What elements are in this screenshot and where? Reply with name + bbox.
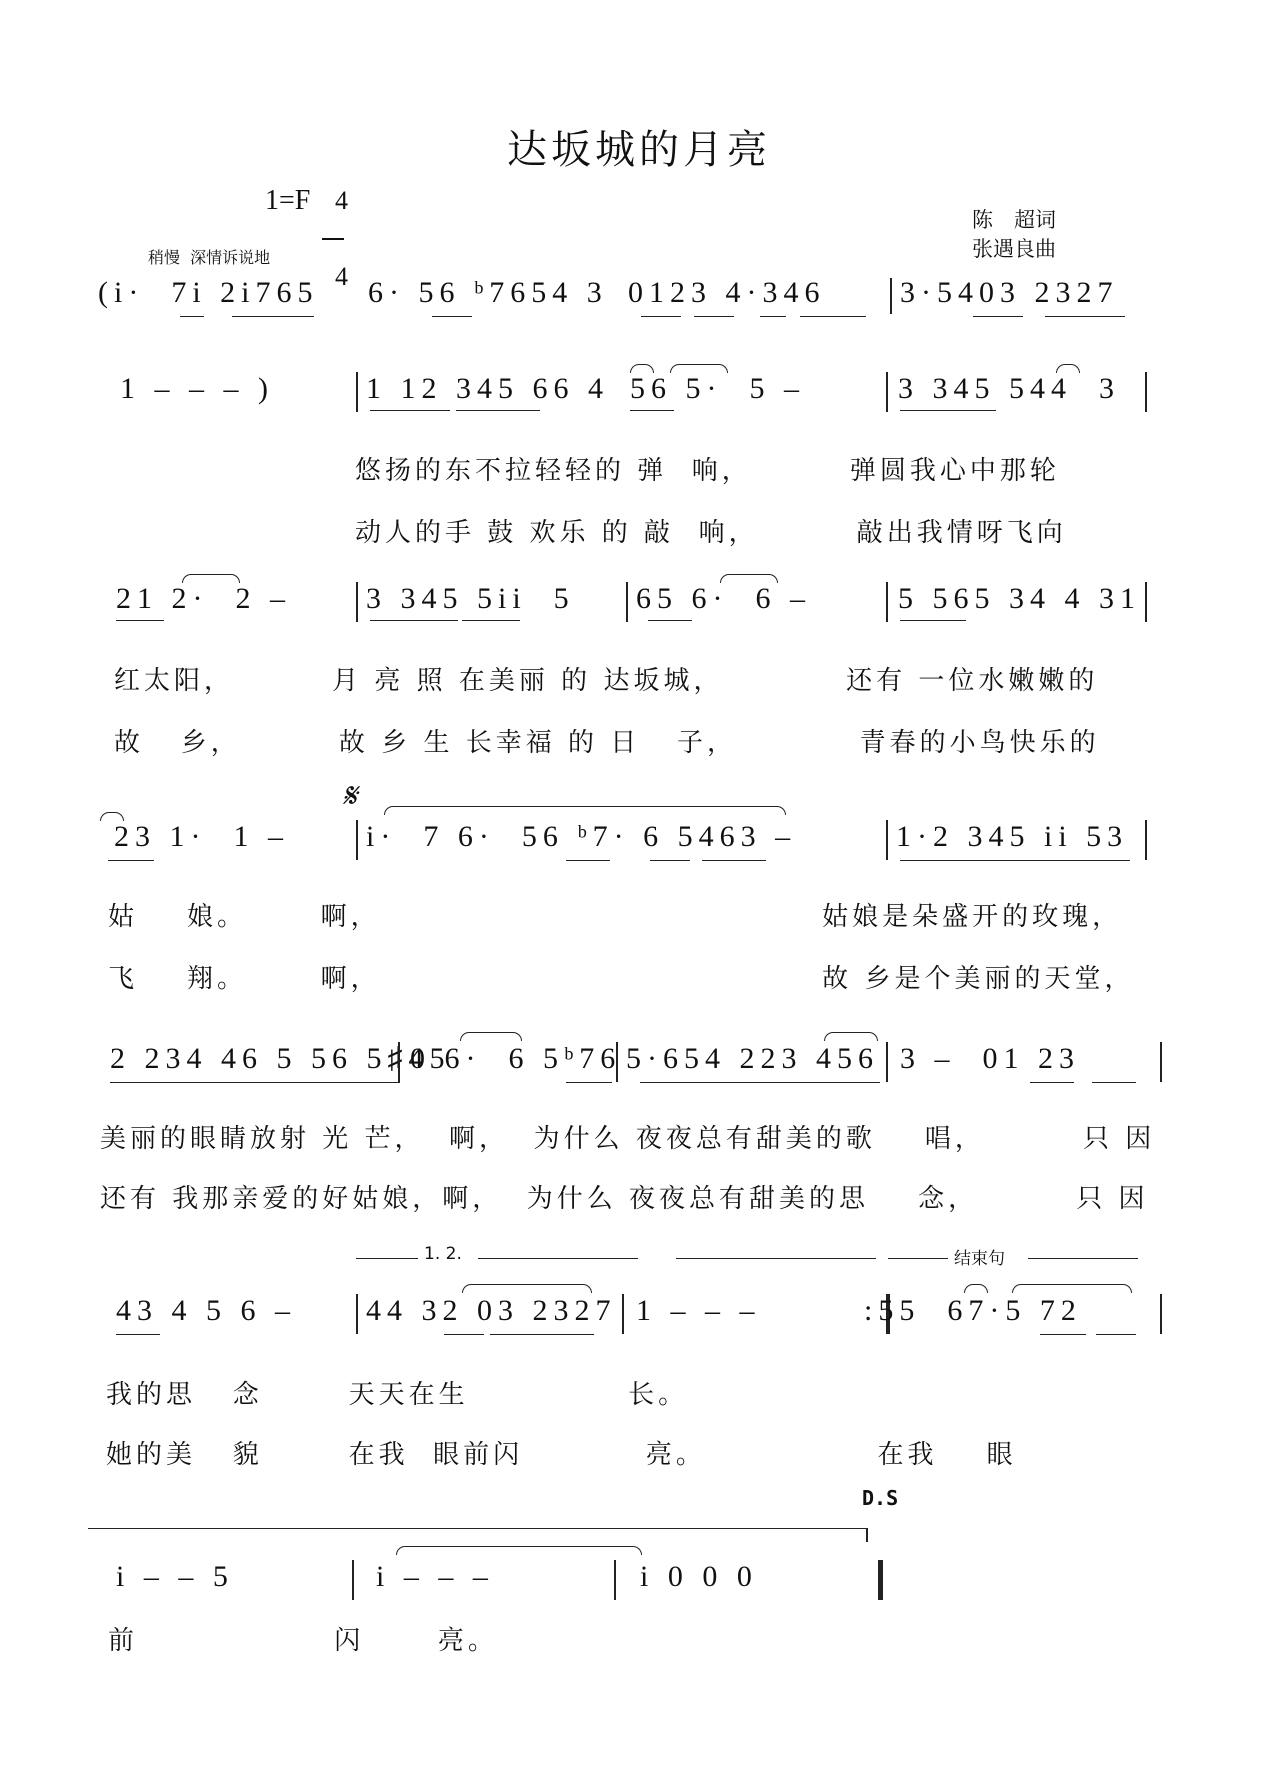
underline — [456, 410, 540, 411]
underline — [800, 316, 866, 317]
measure: 0 6· 6 5ᵇ76 — [410, 1042, 621, 1076]
barline — [356, 372, 358, 412]
measure: 1 – – – — [636, 1294, 761, 1328]
measure: 1·2 345 ii 53 — [896, 820, 1128, 854]
measure: 5 565 34 4 31 — [898, 582, 1141, 616]
volta-bracket-line — [676, 1258, 876, 1259]
measure: 3 345 5ii 5 — [366, 582, 575, 616]
volta-label: 1. 2. — [424, 1244, 462, 1264]
lyrics-verse-1: 我的思 念 天天在生 长。 — [106, 1374, 688, 1411]
lyrics-verse-1: 前 闪 亮。 — [108, 1620, 498, 1657]
barline — [356, 582, 358, 622]
slur — [182, 574, 240, 583]
lyrics-verse-2: 故 乡， 故 乡 生 长幸福 的 日 子， 青春的小鸟快乐的 — [114, 722, 1100, 759]
lyrics-verse-1: 姑 娘。 啊， 姑娘是朵盛开的玫瑰， — [108, 896, 1122, 933]
measure: 43 4 5 6 – — [116, 1294, 296, 1328]
coda-label: 结束句 — [954, 1244, 1005, 1269]
underline — [232, 316, 314, 317]
barline — [1160, 1294, 1162, 1334]
lyrics-verse-2: 还有 我那亲爱的好姑娘，啊， 为什么 夜夜总有甜美的思 念， 只 因 — [100, 1178, 1149, 1215]
underline — [566, 1082, 612, 1083]
lyrics-verse-2: 动人的手 鼓 欢乐 的 敲 响， 敲出我情呀飞向 — [355, 512, 1067, 549]
underline — [370, 410, 450, 411]
underline — [1096, 1334, 1136, 1335]
barline — [614, 1560, 616, 1600]
tempo-marking: 稍慢 深情诉说地 — [148, 245, 270, 268]
underline — [116, 1334, 160, 1335]
slur — [1056, 364, 1080, 373]
time-signature-top: 4 — [335, 186, 348, 215]
key-signature: 1=F — [265, 185, 310, 217]
underline — [1040, 1334, 1086, 1335]
underline — [180, 316, 204, 317]
slur — [670, 364, 728, 373]
segno-sign: 𝄋 — [342, 778, 357, 816]
barline — [1145, 372, 1147, 412]
underline — [108, 860, 154, 861]
measure: i – – – — [376, 1560, 494, 1594]
underline — [432, 316, 472, 317]
final-barline — [878, 1560, 883, 1600]
underline — [370, 620, 458, 621]
barline — [616, 1042, 618, 1082]
slur — [462, 1284, 592, 1293]
underline — [1045, 316, 1125, 317]
measure: 65 6· 6 – — [636, 582, 811, 616]
measure: 21 2· 2 – — [116, 582, 291, 616]
ending-bracket-end — [866, 1528, 868, 1542]
underline — [973, 316, 1023, 317]
slur — [630, 364, 654, 373]
barline — [886, 1042, 888, 1082]
lyricist-credit: 陈 超词 — [972, 204, 1056, 234]
lyrics-verse-2: 她的美 貌 在我 眼前闪 亮。 在我 眼 — [106, 1434, 1017, 1471]
underline — [694, 316, 734, 317]
time-signature: 4 4 — [322, 165, 344, 289]
underline — [900, 620, 966, 621]
barline — [886, 820, 888, 860]
underline — [760, 316, 786, 317]
underline — [900, 410, 996, 411]
measure: 1 12 345 66 4 — [366, 372, 609, 406]
barline — [1145, 582, 1147, 622]
underline — [110, 1082, 400, 1083]
underline — [444, 1334, 484, 1335]
barline — [398, 1042, 400, 1082]
underline — [702, 860, 766, 861]
slur — [720, 574, 778, 583]
underline — [641, 316, 681, 317]
time-signature-bottom: 4 — [335, 262, 348, 291]
barline — [890, 278, 892, 314]
lyrics-verse-2: 飞 翔。 啊， 故 乡是个美丽的天堂， — [108, 958, 1134, 995]
composer-credit: 张遇良曲 — [972, 233, 1056, 263]
barline — [626, 582, 628, 622]
coda-bracket-line — [1028, 1258, 1138, 1259]
measure: i· 7 6· 56 ᵇ7· 6 5463 – — [366, 820, 796, 854]
underline — [640, 1082, 880, 1083]
measure: i 0 0 0 — [640, 1560, 758, 1594]
measure: 5·654 223 456 — [626, 1042, 879, 1076]
song-title: 达坂城的月亮 — [0, 118, 1278, 175]
slur — [964, 1284, 988, 1293]
measure: 23 1· 1 – — [114, 820, 289, 854]
underline — [116, 620, 164, 621]
slur — [824, 1032, 878, 1041]
underline — [650, 860, 690, 861]
underline — [900, 860, 1130, 861]
volta-bracket-line — [478, 1258, 638, 1259]
underline — [648, 620, 692, 621]
ds-marking: D.S — [862, 1486, 898, 1510]
slur — [460, 1032, 522, 1041]
measure: 44 32 03 2327 — [366, 1294, 617, 1328]
barline — [1145, 820, 1147, 860]
lyrics-verse-1: 红太阳， 月 亮 照 在美丽 的 达坂城， 还有 一位水嫩嫩的 — [114, 660, 1098, 697]
measure: 6· 56 ᵇ7654 3 — [368, 276, 608, 310]
underline — [1030, 1082, 1074, 1083]
measure: 3·5403 2327 — [900, 276, 1119, 310]
underline — [630, 410, 674, 411]
barline — [622, 1294, 624, 1334]
coda-bracket-line — [888, 1258, 948, 1259]
measure: 1 – – – ) — [120, 372, 274, 406]
barline — [886, 372, 888, 412]
barline — [356, 820, 358, 860]
measure: 3 – 01 23 — [900, 1042, 1080, 1076]
slur — [1012, 1284, 1132, 1293]
lyrics-verse-1: 悠扬的东不拉轻轻的 弹 响， 弹圆我心中那轮 — [355, 450, 1060, 487]
ending-bracket-line — [88, 1528, 868, 1529]
underline — [490, 1334, 594, 1335]
slur — [100, 812, 124, 821]
measure: 56 5· 5 – — [630, 372, 805, 406]
slur — [396, 1546, 642, 1555]
measure: 3 345 544 3 — [898, 372, 1120, 406]
slur — [384, 806, 786, 815]
underline — [566, 860, 610, 861]
lyrics-verse-1: 美丽的眼睛放射 光 芒， 啊， 为什么 夜夜总有甜美的歌 唱， 只 因 — [100, 1118, 1155, 1155]
barline — [356, 1294, 358, 1334]
barline — [1160, 1042, 1162, 1082]
measure: 0123 4·346 — [628, 276, 826, 310]
measure: (i· 7i 2i765 — [98, 276, 319, 310]
volta-bracket-line — [356, 1258, 418, 1259]
barline — [352, 1560, 354, 1600]
time-signature-divider — [322, 238, 344, 240]
underline — [1092, 1082, 1136, 1083]
underline — [462, 620, 520, 621]
barline — [886, 582, 888, 622]
measure: i – – 5 — [116, 1560, 234, 1594]
measure: :55 67·5 72 — [864, 1294, 1082, 1328]
